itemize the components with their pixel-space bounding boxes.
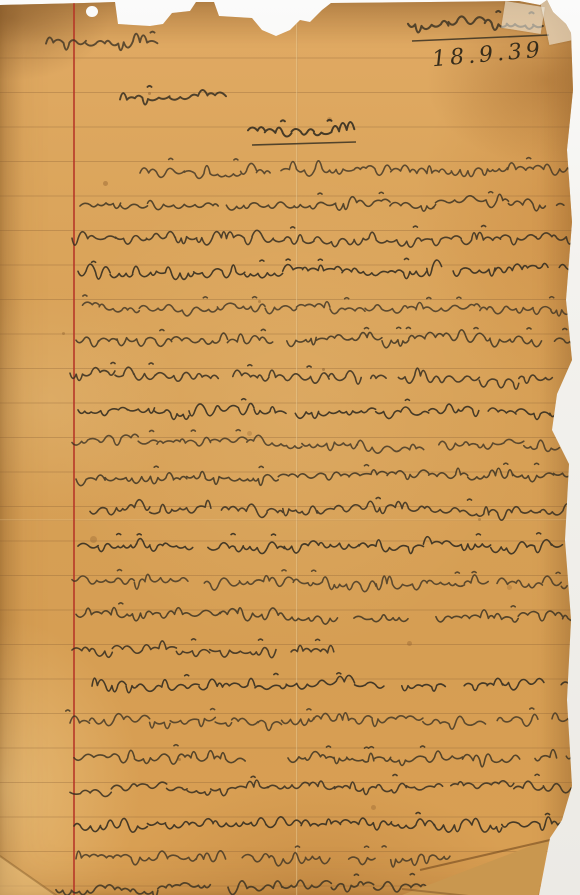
torn-hole <box>86 6 98 17</box>
handwriting-layer <box>0 0 580 895</box>
photograph: 18.9.39 பா. கலாபாதன். Tamil cursive word… <box>0 0 580 895</box>
foxing-specks <box>0 0 3 3</box>
letter-page: 18.9.39 பா. கலாபாதன். Tamil cursive word… <box>0 0 580 895</box>
